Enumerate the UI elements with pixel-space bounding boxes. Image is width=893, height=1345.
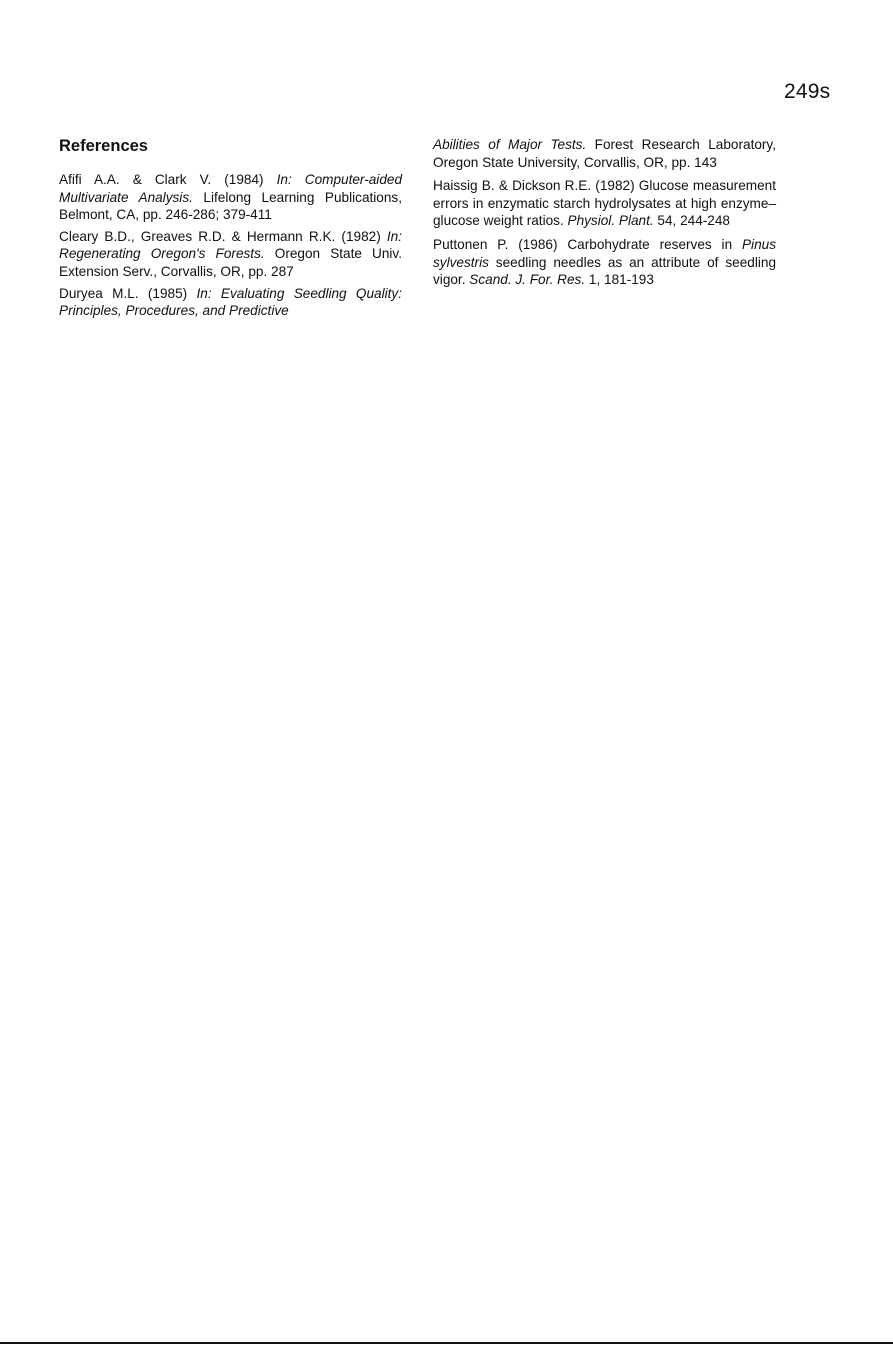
reference-entry: Duryea M.L. (1985) In: Evaluating Seedli… [59,285,402,320]
reference-text: 1, 181-193 [585,272,654,287]
reference-entry: Haissig B. & Dickson R.E. (1982) Glucose… [433,177,776,230]
references-left-column: Afifi A.A. & Clark V. (1984) In: Compute… [59,171,402,324]
reference-text: Cleary B.D., Greaves R.D. & Hermann R.K.… [59,229,387,244]
page-number: 249s [784,80,830,104]
references-right-column: Abilities of Major Tests. Forest Researc… [433,136,776,293]
reference-text: 54, 244-248 [654,213,730,228]
reference-entry: Afifi A.A. & Clark V. (1984) In: Compute… [59,171,402,224]
reference-italic-text: Scand. J. For. Res. [469,272,585,287]
reference-italic-text: Physiol. Plant. [568,213,654,228]
reference-entry-continued: Abilities of Major Tests. Forest Researc… [433,136,776,171]
reference-text: Duryea M.L. (1985) [59,286,196,301]
reference-text: Afifi A.A. & Clark V. (1984) [59,172,277,187]
reference-italic-text: Abilities of Major Tests. [433,137,586,152]
references-heading: References [59,137,148,156]
reference-entry: Cleary B.D., Greaves R.D. & Hermann R.K.… [59,228,402,281]
bottom-rule [0,1342,893,1344]
reference-text: Puttonen P. (1986) Carbohydrate reserves… [433,237,742,252]
reference-entry: Puttonen P. (1986) Carbohydrate reserves… [433,236,776,289]
